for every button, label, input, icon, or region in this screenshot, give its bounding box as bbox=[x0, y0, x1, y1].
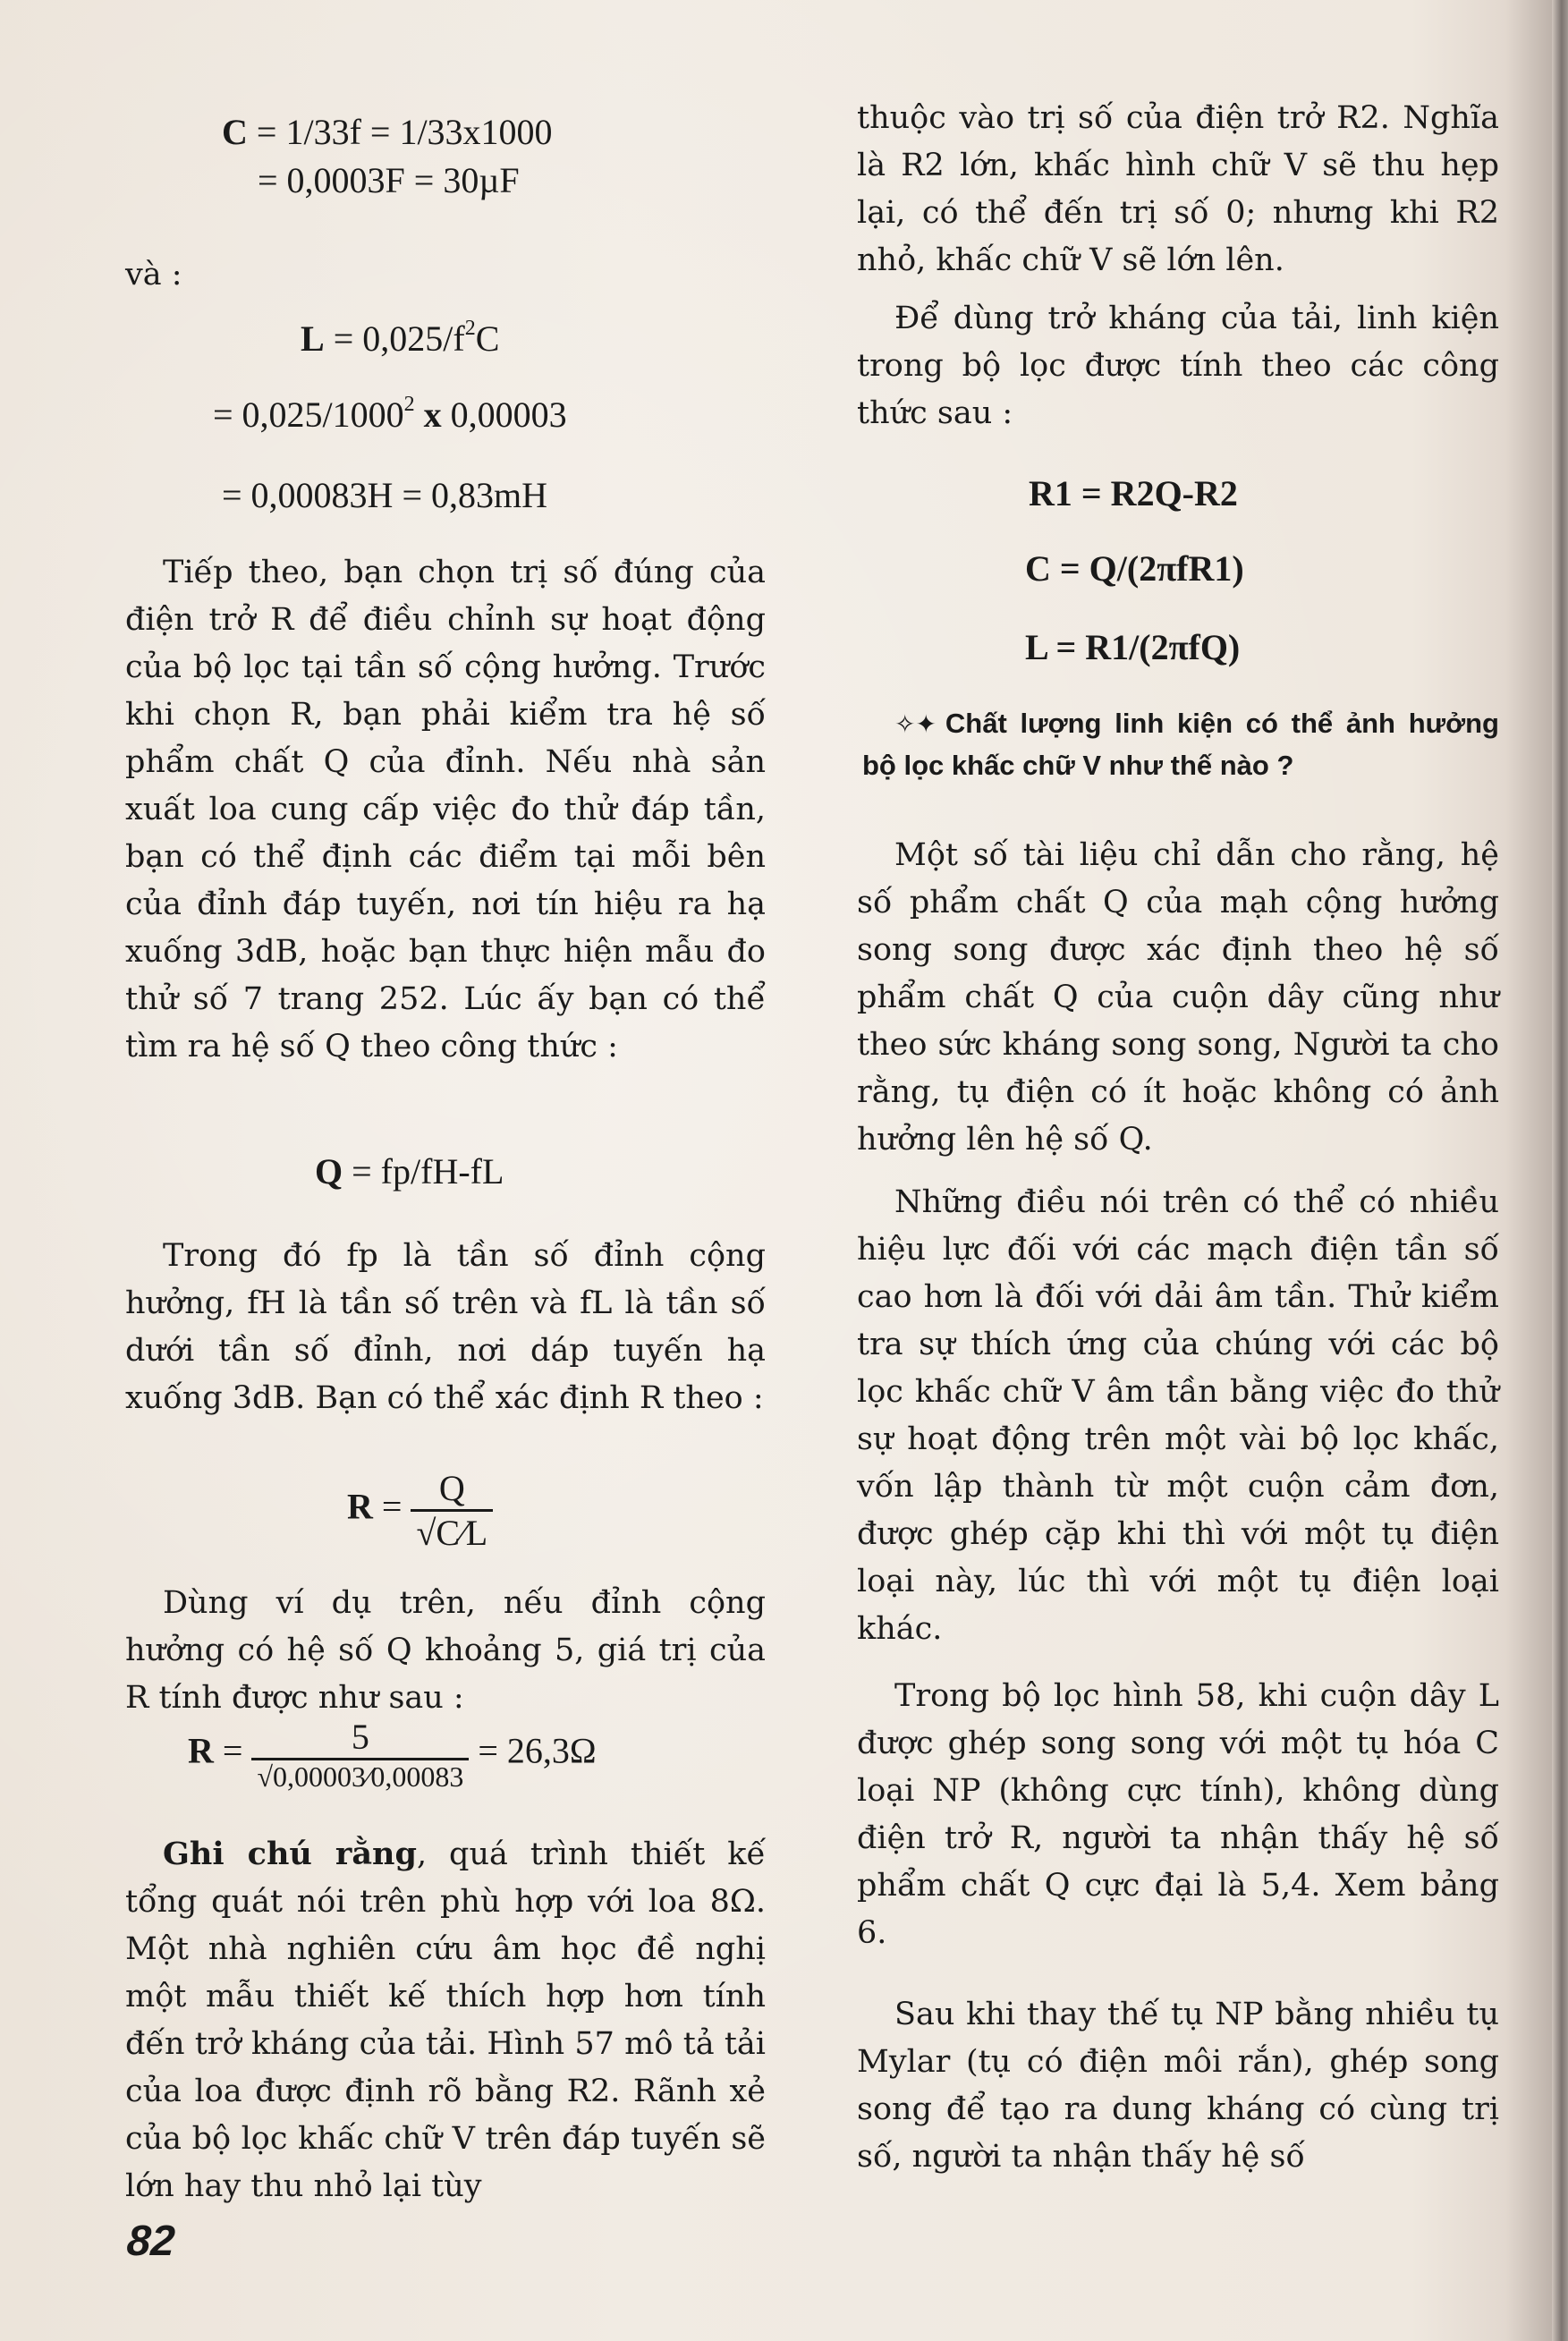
paragraph-dung-vi-du: Dùng ví dụ trên, nếu đỉnh cộng hưởng có … bbox=[125, 1580, 766, 1722]
paragraph-trong-bo-loc: Trong bộ lọc hình 58, khi cuộn dây L đượ… bbox=[857, 1673, 1499, 1957]
paragraph-tiep-theo: Tiếp theo, bạn chọn trị số đúng của điện… bbox=[125, 549, 766, 1071]
formula-inductance-result: = 0,00083H = 0,83mH bbox=[222, 474, 547, 516]
section-heading: ✧✦Chất lượng linh kiện có thể ảnh hưởng … bbox=[862, 703, 1499, 786]
paragraph-sau-khi: Sau khi thay thế tụ NP bằng nhiều tụ Myl… bbox=[857, 1991, 1499, 2181]
formula-r1: R1 = R2Q-R2 bbox=[1029, 472, 1238, 514]
page-number: 82 bbox=[125, 2217, 176, 2266]
fraction: 5√0,00003⁄0,00083 bbox=[251, 1716, 469, 1794]
formula-resistance-example: R = 5√0,00003⁄0,00083 = 26,3Ω bbox=[188, 1716, 597, 1794]
formula-inductance-step2: = 0,025/10002 x 0,00003 bbox=[213, 394, 567, 436]
label-va: và : bbox=[125, 251, 766, 299]
fraction: Q√C⁄L bbox=[411, 1467, 493, 1554]
diamond-bullet-icon: ✧✦ bbox=[894, 710, 937, 738]
formula-q-factor: Q = fp/fH-fL bbox=[315, 1150, 504, 1192]
formula-capacitance-result: = 0,0003F = 30µF bbox=[258, 159, 520, 201]
paragraph-de-dung: Để dùng trở kháng của tải, linh kiện tro… bbox=[857, 295, 1499, 437]
paragraph-nhung-dieu: Những điều nói trên có thể có nhiều hiệu… bbox=[857, 1179, 1499, 1653]
paragraph-ghi-chu: Ghi chú rằng, quá trình thiết kế tổng qu… bbox=[125, 1830, 766, 2210]
paragraph-thuoc-vao: thuộc vào trị số của điện trở R2. Nghĩa … bbox=[857, 95, 1499, 284]
formula-resistance: R = Q√C⁄L bbox=[347, 1467, 493, 1554]
formula-inductance: L = 0,025/f2C bbox=[301, 318, 499, 360]
paragraph-mot-so: Một số tài liệu chỉ dẫn cho rằng, hệ số … bbox=[857, 832, 1499, 1164]
formula-capacitance: C = 1/33f = 1/33x1000 bbox=[222, 111, 553, 153]
book-binding-edge bbox=[1552, 0, 1568, 2341]
formula-c: C = Q/(2πfR1) bbox=[1025, 547, 1244, 589]
formula-l: L = R1/(2πfQ) bbox=[1025, 626, 1240, 668]
emphasis-ghi-chu: Ghi chú rằng bbox=[163, 1836, 417, 1872]
paragraph-trong-do: Trong đó fp là tần số đỉnh cộng hưởng, f… bbox=[125, 1233, 766, 1422]
